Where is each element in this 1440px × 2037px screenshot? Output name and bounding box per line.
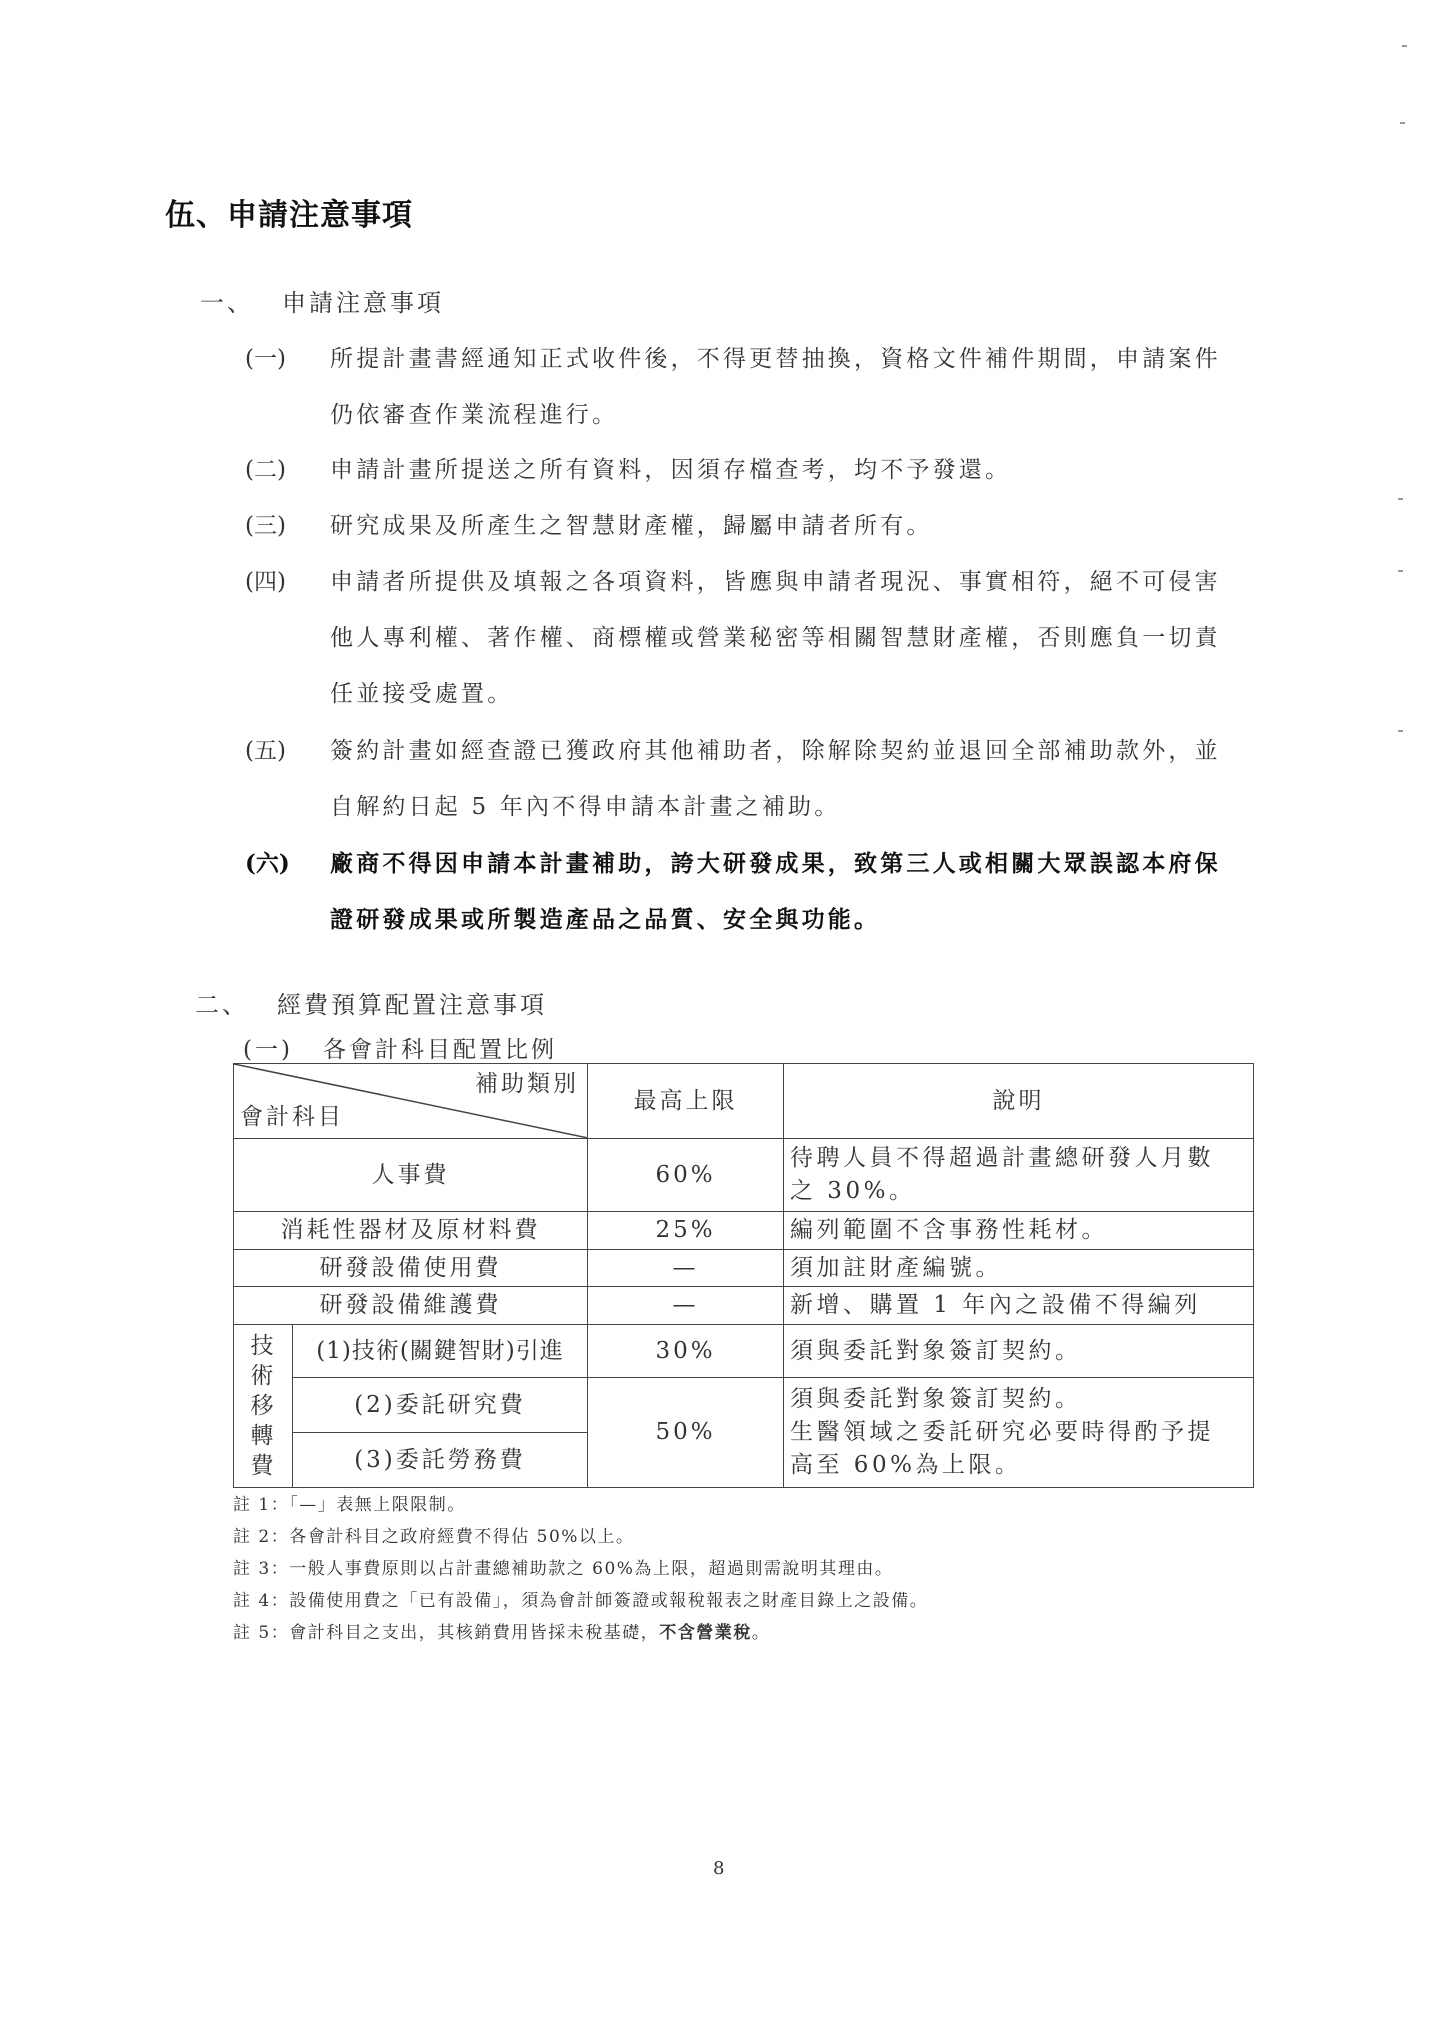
note-2: 註 2：各會計科目之政府經費不得佔 50%以上。 — [233, 1522, 634, 1547]
scan-mark — [1398, 730, 1403, 732]
row-limit: 30% — [588, 1325, 784, 1378]
scan-mark — [1400, 122, 1405, 124]
note-5-text: 註 5：會計科目之支出，其核銷費用皆採未稅基礎， — [233, 1623, 659, 1643]
row-item: 人事費 — [234, 1139, 588, 1212]
note-5-bold: 不含營業稅 — [659, 1623, 752, 1643]
table-row: 技術 移轉 費 (1)技術(關鍵智財)引進 30% 須與委託對象簽訂契約。 — [234, 1325, 1254, 1378]
row-limit-shared: 50% — [588, 1378, 784, 1488]
row-desc-line: 高至 60%為上限。 — [790, 1449, 1247, 1482]
header-description: 說明 — [784, 1064, 1254, 1139]
row-limit: — — [588, 1250, 784, 1287]
row-desc-line: 之 30%。 — [790, 1175, 1247, 1208]
section1-heading: 一、申請注意事項 — [200, 283, 444, 318]
item-1-line-1: 所提計畫書經通知正式收件後，不得更替抽換，資格文件補件期間，申請案件 — [330, 340, 1221, 373]
note-5: 註 5：會計科目之支出，其核銷費用皆採未稅基礎，不含營業稅。 — [233, 1618, 770, 1643]
row-desc: 待聘人員不得超過計畫總研發人月數 之 30%。 — [784, 1139, 1254, 1212]
row-desc: 新增、購置 1 年內之設備不得編列 — [784, 1287, 1254, 1325]
section1-label: 申請注意事項 — [282, 289, 444, 317]
row-desc-shared: 須與委託對象簽訂契約。 生醫領域之委託研究必要時得酌予提 高至 60%為上限。 — [784, 1378, 1254, 1488]
group-label-line: 技術 — [240, 1331, 286, 1391]
note-4: 註 4：設備使用費之「已有設備」，須為會計師簽證或報稅報表之財產目錄上之設備。 — [233, 1586, 928, 1611]
section2-number: 二、 — [195, 985, 277, 1020]
scan-mark — [1398, 498, 1403, 500]
row-desc-line: 待聘人員不得超過計畫總研發人月數 — [790, 1142, 1247, 1175]
item-1-number: (一) — [245, 340, 286, 373]
table-row: 消耗性器材及原材料費 25% 編列範圍不含事務性耗材。 — [234, 1212, 1254, 1250]
table-header-row: 補助類別 會計科目 最高上限 說明 — [234, 1064, 1254, 1139]
group-label-line: 移轉 — [240, 1391, 286, 1451]
item-5-number: (五) — [245, 732, 286, 765]
item-4-number: (四) — [245, 563, 286, 596]
row-item: 研發設備使用費 — [234, 1250, 588, 1287]
item-6-line-1: 廠商不得因申請本計畫補助，誇大研發成果，致第三人或相關大眾誤認本府保 — [330, 845, 1221, 878]
table-row: (2)委託研究費 50% 須與委託對象簽訂契約。 生醫領域之委託研究必要時得酌予… — [234, 1378, 1254, 1433]
item-1-line-2: 仍依審查作業流程進行。 — [330, 396, 618, 429]
row-item: (3)委託勞務費 — [293, 1433, 588, 1488]
page-number: 8 — [713, 1858, 724, 1879]
item-5-line-2: 自解約日起 5 年內不得申請本計畫之補助。 — [330, 788, 840, 821]
row-desc-line: 生醫領域之委託研究必要時得酌予提 — [790, 1416, 1247, 1449]
row-limit: 60% — [588, 1139, 784, 1212]
item-6-line-2: 證研發成果或所製造產品之品質、安全與功能。 — [330, 901, 880, 934]
subheading-label: 各會計科目配置比例 — [323, 1037, 557, 1063]
item-6-number: (六) — [245, 845, 290, 878]
row-desc: 須與委託對象簽訂契約。 — [784, 1325, 1254, 1378]
row-item: (1)技術(關鍵智財)引進 — [293, 1325, 588, 1378]
row-desc-line: 須與委託對象簽訂契約。 — [790, 1383, 1247, 1416]
row-limit: — — [588, 1287, 784, 1325]
section1-number: 一、 — [200, 283, 282, 318]
header-subsidy-category: 補助類別 — [475, 1068, 579, 1101]
row-item: 消耗性器材及原材料費 — [234, 1212, 588, 1250]
item-5-line-1: 簽約計畫如經查證已獲政府其他補助者，除解除契約並退回全部補助款外，並 — [330, 732, 1221, 765]
item-4-line-1: 申請者所提供及填報之各項資料，皆應與申請者現況、事實相符，絕不可侵害 — [330, 563, 1221, 596]
note-1: 註 1：「—」表無上限限制。 — [233, 1490, 466, 1515]
item-3-line-1: 研究成果及所產生之智慧財產權，歸屬申請者所有。 — [330, 507, 933, 540]
row-item: 研發設備維護費 — [234, 1287, 588, 1325]
section2-heading: 二、經費預算配置注意事項 — [195, 985, 547, 1020]
section2-subheading: (一)各會計科目配置比例 — [243, 1031, 557, 1064]
table-row: 人事費 60% 待聘人員不得超過計畫總研發人月數 之 30%。 — [234, 1139, 1254, 1212]
item-3-number: (三) — [245, 507, 286, 540]
budget-allocation-table: 補助類別 會計科目 最高上限 說明 人事費 60% 待聘人員不得超過計畫總研發人… — [233, 1063, 1254, 1488]
subheading-number: (一) — [243, 1031, 323, 1064]
row-limit: 25% — [588, 1212, 784, 1250]
note-3: 註 3：一般人事費原則以占計畫總補助款之 60%為上限，超過則需說明其理由。 — [233, 1554, 893, 1579]
item-2-line-1: 申請計畫所提送之所有資料，因須存檔查考，均不予發還。 — [330, 451, 1011, 484]
section2-label: 經費預算配置注意事項 — [277, 991, 547, 1019]
table-row: 研發設備使用費 — 須加註財產編號。 — [234, 1250, 1254, 1287]
table-row: 研發設備維護費 — 新增、購置 1 年內之設備不得編列 — [234, 1287, 1254, 1325]
group-label-tech-transfer: 技術 移轉 費 — [234, 1325, 293, 1488]
header-max-limit: 最高上限 — [588, 1064, 784, 1139]
page-title: 伍、申請注意事項 — [165, 190, 413, 234]
row-desc: 須加註財產編號。 — [784, 1250, 1254, 1287]
header-accounting-item: 會計科目 — [240, 1101, 344, 1134]
scan-mark — [1398, 570, 1403, 572]
note-5-tail: 。 — [752, 1623, 771, 1643]
row-item: (2)委託研究費 — [293, 1378, 588, 1433]
group-label-line: 費 — [240, 1451, 286, 1481]
item-4-line-2: 他人專利權、著作權、商標權或營業秘密等相關智慧財產權，否則應負一切責 — [330, 619, 1221, 652]
row-desc: 編列範圍不含事務性耗材。 — [784, 1212, 1254, 1250]
diagonal-header-cell: 補助類別 會計科目 — [234, 1064, 588, 1139]
scan-mark — [1402, 45, 1407, 47]
item-2-number: (二) — [245, 451, 286, 484]
item-4-line-3: 任並接受處置。 — [330, 675, 513, 708]
